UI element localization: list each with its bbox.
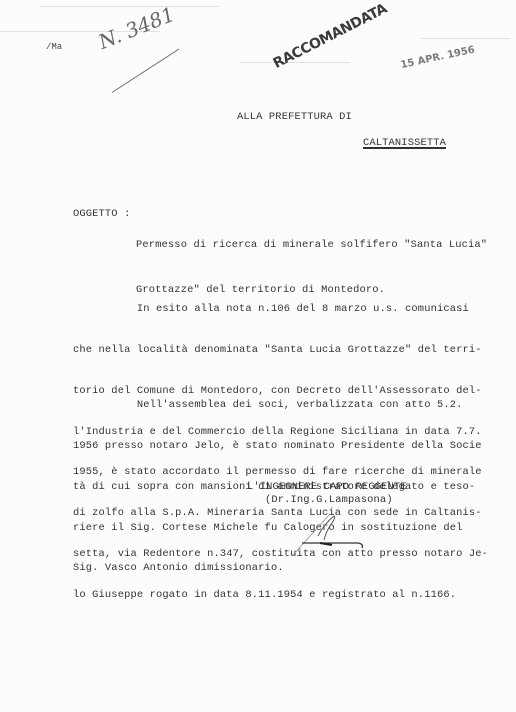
- body-line: Sig. Vasco Antonio dimissionario.: [73, 562, 482, 576]
- handwritten-stroke: [112, 49, 180, 93]
- signatory-name: (Dr.Ing.G.Lampasona): [265, 494, 393, 506]
- scan-artifact-line: [40, 6, 220, 7]
- body-line: 1956 presso notaro Jelo, è stato nominat…: [73, 440, 482, 454]
- reference-mark: /Ma: [46, 42, 62, 52]
- handwritten-protocol-number: N. 3481: [95, 2, 178, 54]
- scan-artifact-line: [420, 38, 510, 39]
- body-line: Nell'assemblea dei soci, verbalizzata co…: [73, 399, 482, 413]
- addressee: ALLA PREFETTURA DI: [237, 111, 352, 123]
- handwritten-signature: [290, 510, 380, 560]
- document-page: /Ma N. 3481 RACCOMANDATA 15 APR. 1956 AL…: [0, 0, 516, 712]
- body-line: riere il Sig. Cortese Michele fu Caloger…: [73, 522, 482, 536]
- body-line: In esito alla nota n.106 del 8 marzo u.s…: [73, 303, 488, 317]
- subject-label: OGGETTO :: [73, 208, 130, 220]
- date-stamp: 15 APR. 1956: [400, 45, 476, 71]
- signatory-title: L'INGEGNERE CAPO REGGENTE: [247, 481, 407, 493]
- subject-line: Permesso di ricerca di minerale solfifer…: [136, 238, 487, 253]
- body-line: che nella località denominata "Santa Luc…: [73, 344, 488, 358]
- addressee-city: CALTANISSETTA: [363, 137, 446, 149]
